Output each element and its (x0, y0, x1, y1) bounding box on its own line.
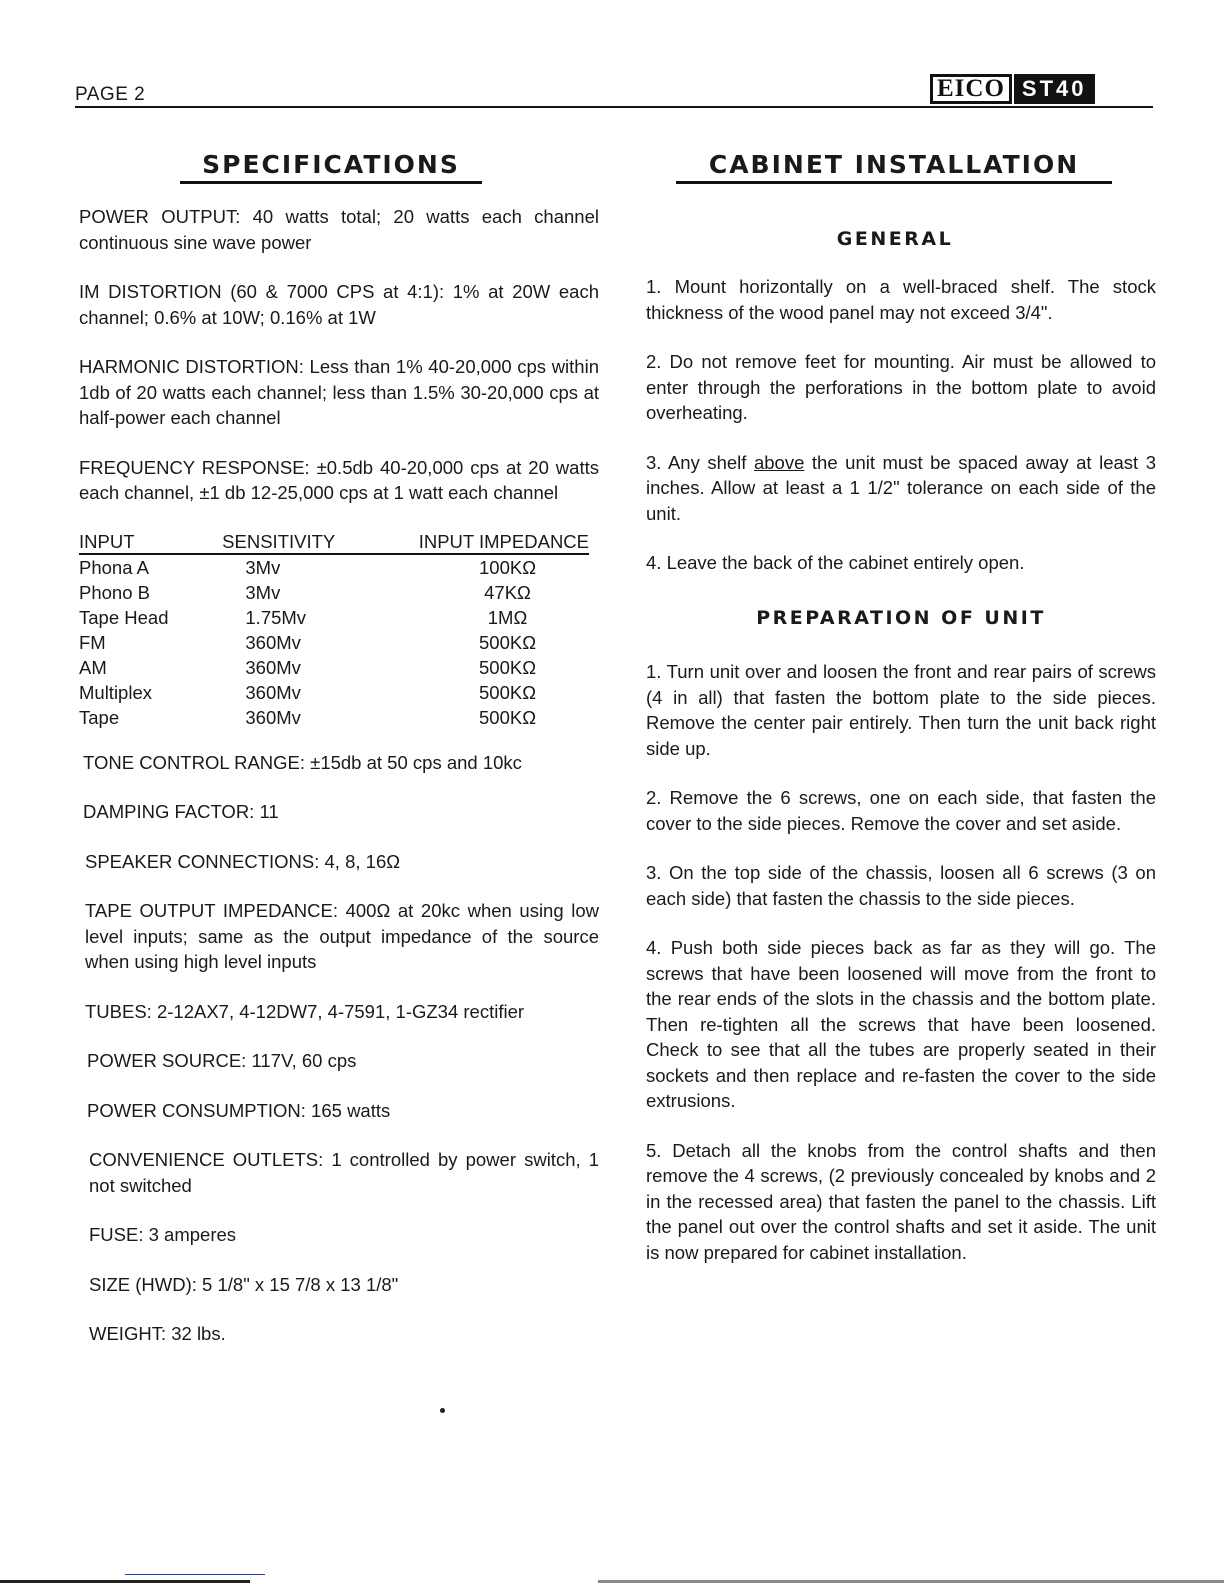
col-header-sensitivity: SENSITIVITY (201, 530, 356, 554)
cabinet-installation-title: CABINET INSTALLATION (676, 150, 1112, 184)
table-row: Tape360Mv500KΩ (79, 705, 589, 730)
spec-im-distortion: IM DISTORTION (60 & 7000 CPS at 4:1): 1%… (79, 279, 599, 330)
sensitivity-value: 1.75Mv (201, 605, 356, 630)
input-name: Phono B (79, 580, 201, 605)
scan-edge-right (598, 1580, 1224, 1583)
input-name: Tape (79, 705, 201, 730)
logo-brand: EICO (930, 74, 1012, 104)
spec-tone-control: TONE CONTROL RANGE: ±15db at 50 cps and … (79, 750, 599, 776)
prep-item-1: 1. Turn unit over and loosen the front a… (646, 659, 1156, 761)
spec-tape-output-impedance: TAPE OUTPUT IMPEDANCE: 400Ω at 20kc when… (79, 898, 599, 975)
input-name: AM (79, 655, 201, 680)
sensitivity-value: 360Mv (201, 680, 356, 705)
table-row: Tape Head1.75Mv1MΩ (79, 605, 589, 630)
spec-damping-factor: DAMPING FACTOR: 11 (79, 799, 599, 825)
spec-power-output: POWER OUTPUT: 40 watts total; 20 watts e… (79, 204, 599, 255)
spec-speaker-connections: SPEAKER CONNECTIONS: 4, 8, 16Ω (79, 849, 599, 875)
cabinet-installation-section: 1. Mount horizontally on a well-braced s… (646, 274, 1156, 1289)
input-name: Phona A (79, 554, 201, 580)
table-row: Multiplex360Mv500KΩ (79, 680, 589, 705)
prep-item-4: 4. Push both side pieces back as far as … (646, 935, 1156, 1114)
eico-st40-logo: EICO ST40 (930, 74, 1095, 104)
header-rule (75, 106, 1153, 108)
input-name: Tape Head (79, 605, 201, 630)
spec-convenience-outlets: CONVENIENCE OUTLETS: 1 controlled by pow… (79, 1147, 599, 1198)
table-row: AM360Mv500KΩ (79, 655, 589, 680)
general-item-3: 3. Any shelf above the unit must be spac… (646, 450, 1156, 527)
sensitivity-value: 3Mv (201, 580, 356, 605)
impedance-value: 1MΩ (356, 605, 589, 630)
spec-size: SIZE (HWD): 5 1/8" x 15 7/8 x 13 1/8" (79, 1272, 599, 1298)
scan-edge-mark (125, 1574, 265, 1575)
table-row: Phona A3Mv100KΩ (79, 554, 589, 580)
input-sensitivity-table: INPUT SENSITIVITY INPUT IMPEDANCE Phona … (79, 530, 589, 730)
impedance-value: 100KΩ (356, 554, 589, 580)
spec-weight: WEIGHT: 32 lbs. (79, 1321, 599, 1347)
general-item-2: 2. Do not remove feet for mounting. Air … (646, 349, 1156, 426)
sensitivity-value: 3Mv (201, 554, 356, 580)
col-header-input: INPUT (79, 530, 201, 554)
prep-item-3: 3. On the top side of the chassis, loose… (646, 860, 1156, 911)
spec-frequency-response: FREQUENCY RESPONSE: ±0.5db 40-20,000 cps… (79, 455, 599, 506)
preparation-title: PREPARATION OF UNIT (646, 606, 1156, 632)
impedance-value: 500KΩ (356, 630, 589, 655)
scan-speck (440, 1408, 445, 1413)
sensitivity-value: 360Mv (201, 655, 356, 680)
impedance-value: 500KΩ (356, 705, 589, 730)
specifications-section: POWER OUTPUT: 40 watts total; 20 watts e… (79, 204, 599, 1371)
page-number: PAGE 2 (75, 84, 145, 106)
spec-power-source: POWER SOURCE: 117V, 60 cps (79, 1048, 599, 1074)
emphasis-above: above (754, 452, 804, 473)
spec-power-consumption: POWER CONSUMPTION: 165 watts (79, 1098, 599, 1124)
input-name: FM (79, 630, 201, 655)
general-title: GENERAL (800, 228, 990, 250)
general-item-4: 4. Leave the back of the cabinet entirel… (646, 550, 1156, 576)
spec-fuse: FUSE: 3 amperes (79, 1222, 599, 1248)
col-header-impedance: INPUT IMPEDANCE (356, 530, 589, 554)
spec-tubes: TUBES: 2-12AX7, 4-12DW7, 4-7591, 1-GZ34 … (79, 999, 599, 1025)
scan-edge-left (0, 1580, 250, 1583)
impedance-value: 500KΩ (356, 680, 589, 705)
spec-harmonic-distortion: HARMONIC DISTORTION: Less than 1% 40-20,… (79, 354, 599, 431)
sensitivity-value: 360Mv (201, 630, 356, 655)
prep-item-5: 5. Detach all the knobs from the control… (646, 1138, 1156, 1266)
impedance-value: 47KΩ (356, 580, 589, 605)
specifications-title: SPECIFICATIONS (180, 150, 482, 184)
input-name: Multiplex (79, 680, 201, 705)
logo-model: ST40 (1014, 74, 1095, 104)
table-row: Phono B3Mv47KΩ (79, 580, 589, 605)
impedance-value: 500KΩ (356, 655, 589, 680)
general-item-1: 1. Mount horizontally on a well-braced s… (646, 274, 1156, 325)
sensitivity-value: 360Mv (201, 705, 356, 730)
prep-item-2: 2. Remove the 6 screws, one on each side… (646, 785, 1156, 836)
table-row: FM360Mv500KΩ (79, 630, 589, 655)
